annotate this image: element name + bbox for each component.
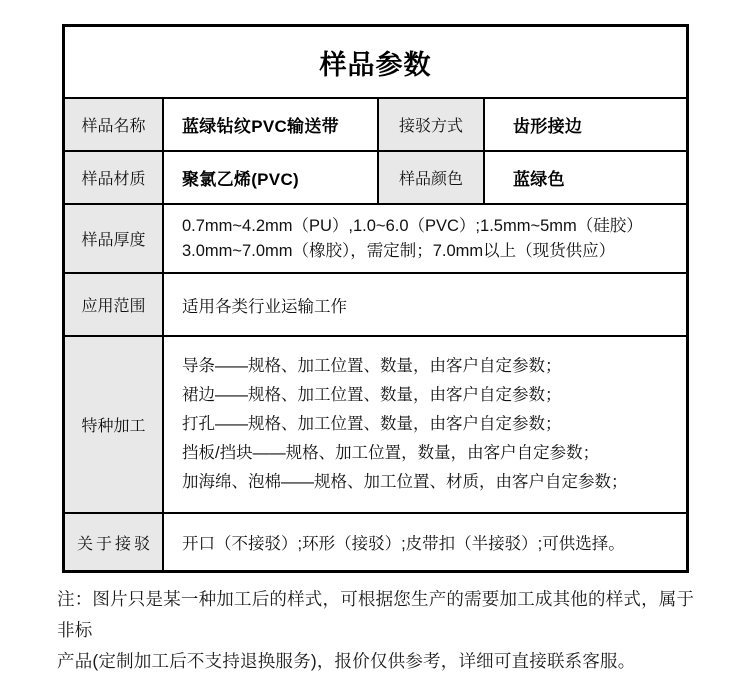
row-special-processing: 特种加工 导条——规格、加工位置、数量，由客户自定参数； 裙边——规格、加工位置…: [65, 335, 686, 512]
table-title: 样品参数: [65, 27, 686, 97]
sample-material-value: 聚氯乙烯(PVC): [162, 152, 377, 203]
sample-color-value: 蓝绿色: [483, 152, 686, 203]
connection-method-label: 接驳方式: [377, 99, 483, 150]
sample-thickness-value: 0.7mm~4.2mm（PU）,1.0~6.0（PVC）;1.5mm~5mm（硅…: [162, 205, 686, 272]
processing-line-guides: 导条——规格、加工位置、数量，由客户自定参数；: [182, 352, 562, 381]
thickness-line-2: 3.0mm~7.0mm（橡胶），需定制；7.0mm以上（现货供应）: [182, 239, 615, 264]
processing-line-foam: 加海绵、泡棉——规格、加工位置、材质，由客户自定参数；: [182, 468, 628, 497]
footer-note: 注：图片只是某一种加工后的样式，可根据您生产的需要加工成其他的样式，属于非标 产…: [57, 584, 707, 677]
special-processing-value: 导条——规格、加工位置、数量，由客户自定参数； 裙边——规格、加工位置、数量，由…: [162, 337, 686, 512]
sample-thickness-label: 样品厚度: [65, 205, 162, 272]
row-sample-name: 样品名称 蓝绿钻纹PVC输送带 接驳方式 齿形接边: [65, 97, 686, 150]
about-splicing-value: 开口（不接驳）;环形（接驳）;皮带扣（半接驳）;可供选择。: [162, 514, 686, 570]
application-scope-label: 应用范围: [65, 274, 162, 335]
special-processing-label: 特种加工: [65, 337, 162, 512]
processing-line-skirts: 裙边——规格、加工位置、数量，由客户自定参数；: [182, 381, 562, 410]
page: 样品参数 样品名称 蓝绿钻纹PVC输送带 接驳方式 齿形接边 样品材质 聚氯乙烯…: [0, 0, 750, 679]
about-splicing-label: 关于接驳: [65, 514, 162, 570]
sample-name-label: 样品名称: [65, 99, 162, 150]
processing-line-baffles: 挡板/挡块——规格、加工位置，数量，由客户自定参数；: [182, 439, 599, 468]
sample-color-label: 样品颜色: [377, 152, 483, 203]
thickness-line-1: 0.7mm~4.2mm（PU）,1.0~6.0（PVC）;1.5mm~5mm（硅…: [182, 214, 643, 239]
row-sample-thickness: 样品厚度 0.7mm~4.2mm（PU）,1.0~6.0（PVC）;1.5mm~…: [65, 203, 686, 272]
sample-name-value: 蓝绿钻纹PVC输送带: [162, 99, 377, 150]
sample-material-label: 样品材质: [65, 152, 162, 203]
sample-parameters-table: 样品参数 样品名称 蓝绿钻纹PVC输送带 接驳方式 齿形接边 样品材质 聚氯乙烯…: [62, 24, 689, 573]
processing-line-punching: 打孔——规格、加工位置、数量，由客户自定参数；: [182, 410, 562, 439]
footer-note-line-1: 注：图片只是某一种加工后的样式，可根据您生产的需要加工成其他的样式，属于非标: [57, 584, 707, 646]
row-sample-material: 样品材质 聚氯乙烯(PVC) 样品颜色 蓝绿色: [65, 150, 686, 203]
footer-note-line-2: 产品(定制加工后不支持退换服务)，报价仅供参考，详细可直接联系客服。: [57, 646, 707, 677]
table-title-row: 样品参数: [65, 27, 686, 97]
row-application-scope: 应用范围 适用各类行业运输工作: [65, 272, 686, 335]
application-scope-value: 适用各类行业运输工作: [162, 274, 686, 335]
connection-method-value: 齿形接边: [483, 99, 686, 150]
row-about-splicing: 关于接驳 开口（不接驳）;环形（接驳）;皮带扣（半接驳）;可供选择。: [65, 512, 686, 570]
